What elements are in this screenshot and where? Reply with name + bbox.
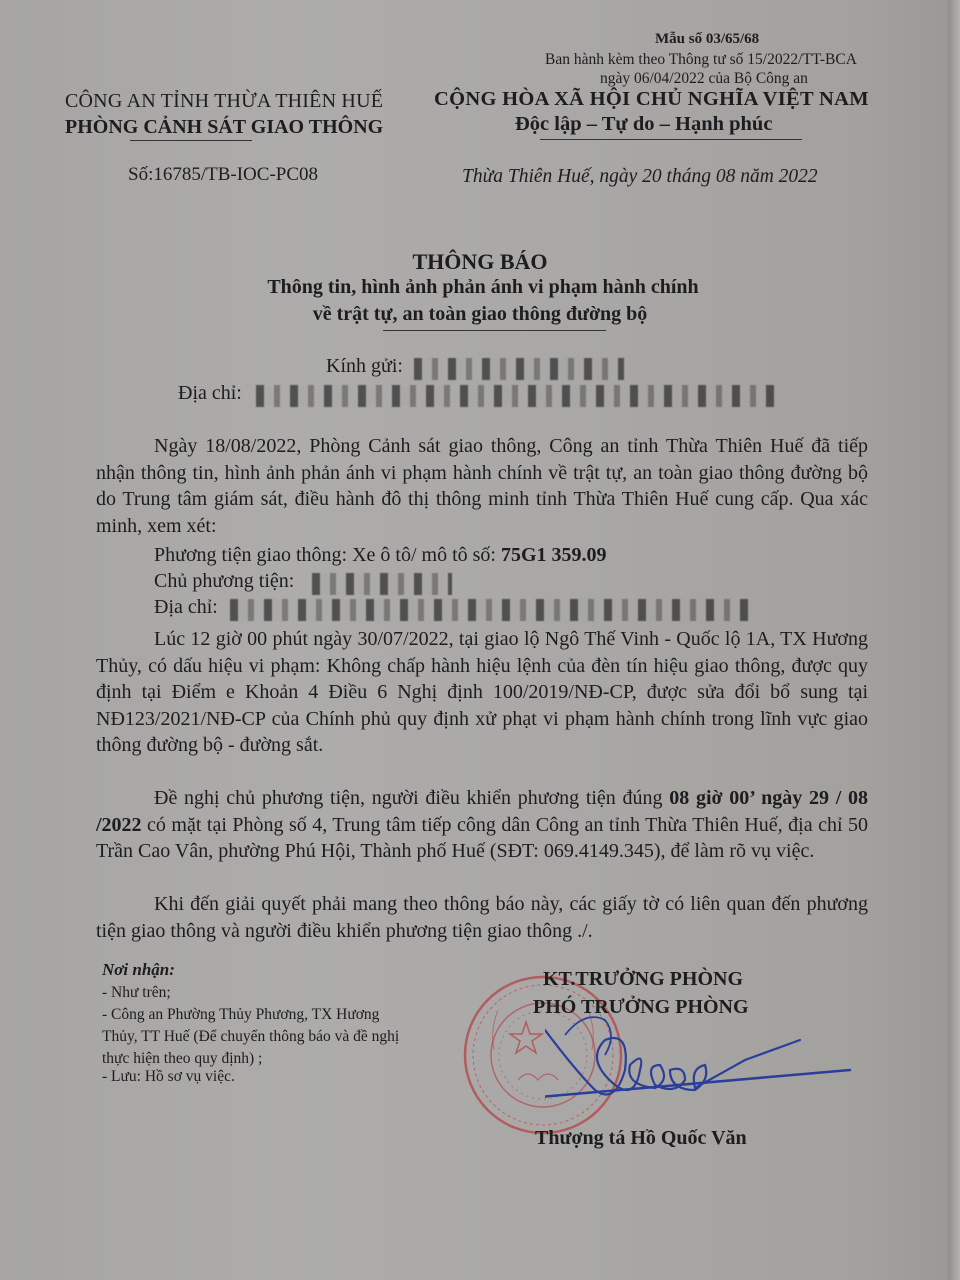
recipient-label: Kính gửi: [326,355,403,378]
paragraph-instructions-text: Khi đến giải quyết phải mang theo thông … [96,893,868,942]
recipients-list-item: - Lưu: Hồ sơ vụ việc. [102,1066,235,1088]
department-name: PHÒNG CẢNH SÁT GIAO THÔNG [65,116,383,139]
agency-name: CÔNG AN TỈNH THỪA THIÊN HUẾ [65,90,383,113]
signer-name: Thượng tá Hồ Quốc Văn [535,1127,747,1150]
appointment-prefix: Đề nghị chủ phương tiện, người điều khiể… [154,787,669,809]
national-motto: Độc lập – Tự do – Hạnh phúc [515,113,772,136]
handwritten-signature-icon [545,1010,865,1120]
document-title: THÔNG BÁO [0,249,960,275]
vehicle-label: Phương tiện giao thông: Xe ô tô/ mô tô s… [154,544,501,566]
paragraph-instructions: Khi đến giải quyết phải mang theo thông … [96,891,868,944]
vehicle-plate: 75G1 359.09 [501,544,607,566]
department-underline [130,140,252,141]
paragraph-violation: Lúc 12 giờ 00 phút ngày 30/07/2022, tại … [96,626,868,759]
vehicle-line: Phương tiện giao thông: Xe ô tô/ mô tô s… [154,544,607,567]
appointment-suffix: có mặt tại Phòng số 4, Trung tâm tiếp cô… [96,814,868,863]
paragraph-appointment: Đề nghị chủ phương tiện, người điều khiể… [96,785,868,865]
document-number: Số:16785/TB-IOC-PC08 [128,164,318,186]
recipients-list-title: Nơi nhận: [102,960,175,980]
recipients-list-item: - Như trên; [102,982,171,1004]
document-subtitle-line1: Thông tin, hình ảnh phản ánh vi phạm hàn… [0,276,960,299]
owner-label: Chủ phương tiện: [154,570,294,593]
form-reference-line1: Ban hành kèm theo Thông tư số 15/2022/TT… [545,51,857,69]
document-subtitle-line2: về trật tự, an toàn giao thông đường bộ [0,303,960,326]
republic-name: CỘNG HÒA XÃ HỘI CHỦ NGHĨA VIỆT NAM [434,88,869,111]
subtitle-underline [383,330,606,331]
owner-name-redacted [312,573,452,595]
paragraph-intro-text: Ngày 18/08/2022, Phòng Cảnh sát giao thô… [96,435,868,537]
page-edge [948,0,960,1280]
motto-underline [540,139,802,140]
recipient-name-redacted [414,358,624,380]
owner-address-label: Địa chỉ: [154,596,218,619]
recipients-list-item: - Công an Phường Thủy Phương, TX Hương [102,1004,379,1026]
place-date: Thừa Thiên Huế, ngày 20 tháng 08 năm 202… [462,166,818,188]
recipient-address-redacted [256,385,776,407]
form-reference-line2: ngày 06/04/2022 của Bộ Công an [600,70,808,88]
form-number: Mẫu số 03/65/68 [655,31,759,48]
paragraph-intro: Ngày 18/08/2022, Phòng Cảnh sát giao thô… [96,433,868,539]
recipient-address-label: Địa chỉ: [178,382,242,405]
owner-address-redacted [230,599,750,621]
paragraph-violation-text: Lúc 12 giờ 00 phút ngày 30/07/2022, tại … [96,628,868,756]
recipients-list-item: Thủy, TT Huế (Để chuyển thông báo và đề … [102,1026,399,1048]
signature-title-line1: KT.TRƯỞNG PHÒNG [543,968,743,991]
